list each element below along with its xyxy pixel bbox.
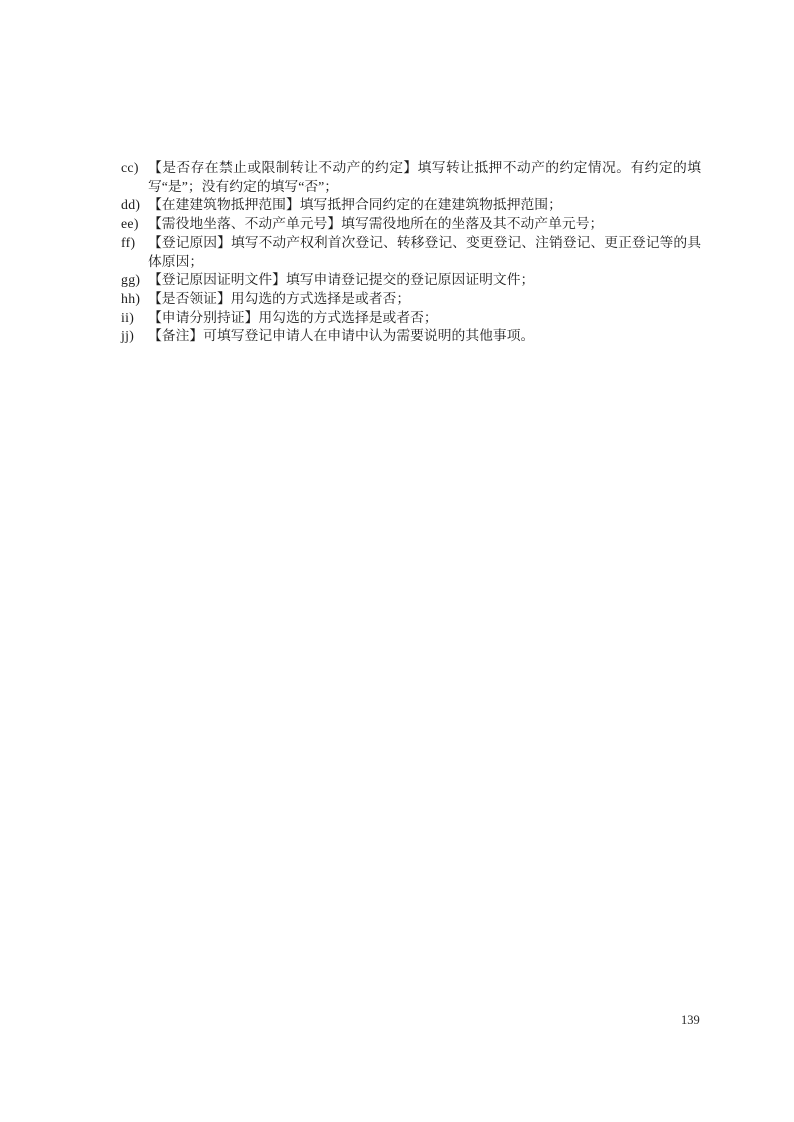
- list-item: ee) 【需役地坐落、不动产单元号】填写需役地所在的坐落及其不动产单元号；: [121, 215, 703, 234]
- list-item: dd) 【在建建筑物抵押范围】填写抵押合同约定的在建建筑物抵押范围；: [121, 196, 703, 215]
- page-number: 139: [681, 1011, 700, 1029]
- list-item-label: ee): [121, 215, 148, 234]
- list-item-label: ff): [121, 234, 148, 253]
- list-item: gg) 【登记原因证明文件】填写申请登记提交的登记原因证明文件；: [121, 271, 703, 290]
- list-item-text: 【是否领证】用勾选的方式选择是或者否；: [148, 290, 701, 309]
- list-item-label: gg): [121, 271, 148, 290]
- list-item: cc) 【是否存在禁止或限制转让不动产的约定】填写转让抵押不动产的约定情况。有约…: [121, 159, 703, 196]
- list-item-text: 【是否存在禁止或限制转让不动产的约定】填写转让抵押不动产的约定情况。有约定的填写…: [148, 159, 701, 196]
- instruction-list: cc) 【是否存在禁止或限制转让不动产的约定】填写转让抵押不动产的约定情况。有约…: [121, 159, 703, 346]
- list-item-label: jj): [121, 327, 148, 346]
- document-page: cc) 【是否存在禁止或限制转让不动产的约定】填写转让抵押不动产的约定情况。有约…: [0, 0, 794, 1122]
- list-item-text: 【在建建筑物抵押范围】填写抵押合同约定的在建建筑物抵押范围；: [148, 196, 701, 215]
- list-item-label: hh): [121, 290, 148, 309]
- list-item-text: 【申请分别持证】用勾选的方式选择是或者否；: [148, 309, 701, 328]
- list-item-label: dd): [121, 196, 148, 215]
- list-item-text: 【登记原因证明文件】填写申请登记提交的登记原因证明文件；: [148, 271, 701, 290]
- list-item-text: 【登记原因】填写不动产权利首次登记、转移登记、变更登记、注销登记、更正登记等的具…: [148, 234, 701, 271]
- list-item: jj) 【备注】可填写登记申请人在申请中认为需要说明的其他事项。: [121, 327, 703, 346]
- list-item-text: 【备注】可填写登记申请人在申请中认为需要说明的其他事项。: [148, 327, 701, 346]
- list-item: hh) 【是否领证】用勾选的方式选择是或者否；: [121, 290, 703, 309]
- list-item-label: cc): [121, 159, 148, 178]
- list-item-text: 【需役地坐落、不动产单元号】填写需役地所在的坐落及其不动产单元号；: [148, 215, 701, 234]
- list-item: ff) 【登记原因】填写不动产权利首次登记、转移登记、变更登记、注销登记、更正登…: [121, 234, 703, 271]
- list-item: ii) 【申请分别持证】用勾选的方式选择是或者否；: [121, 309, 703, 328]
- list-item-label: ii): [121, 309, 148, 328]
